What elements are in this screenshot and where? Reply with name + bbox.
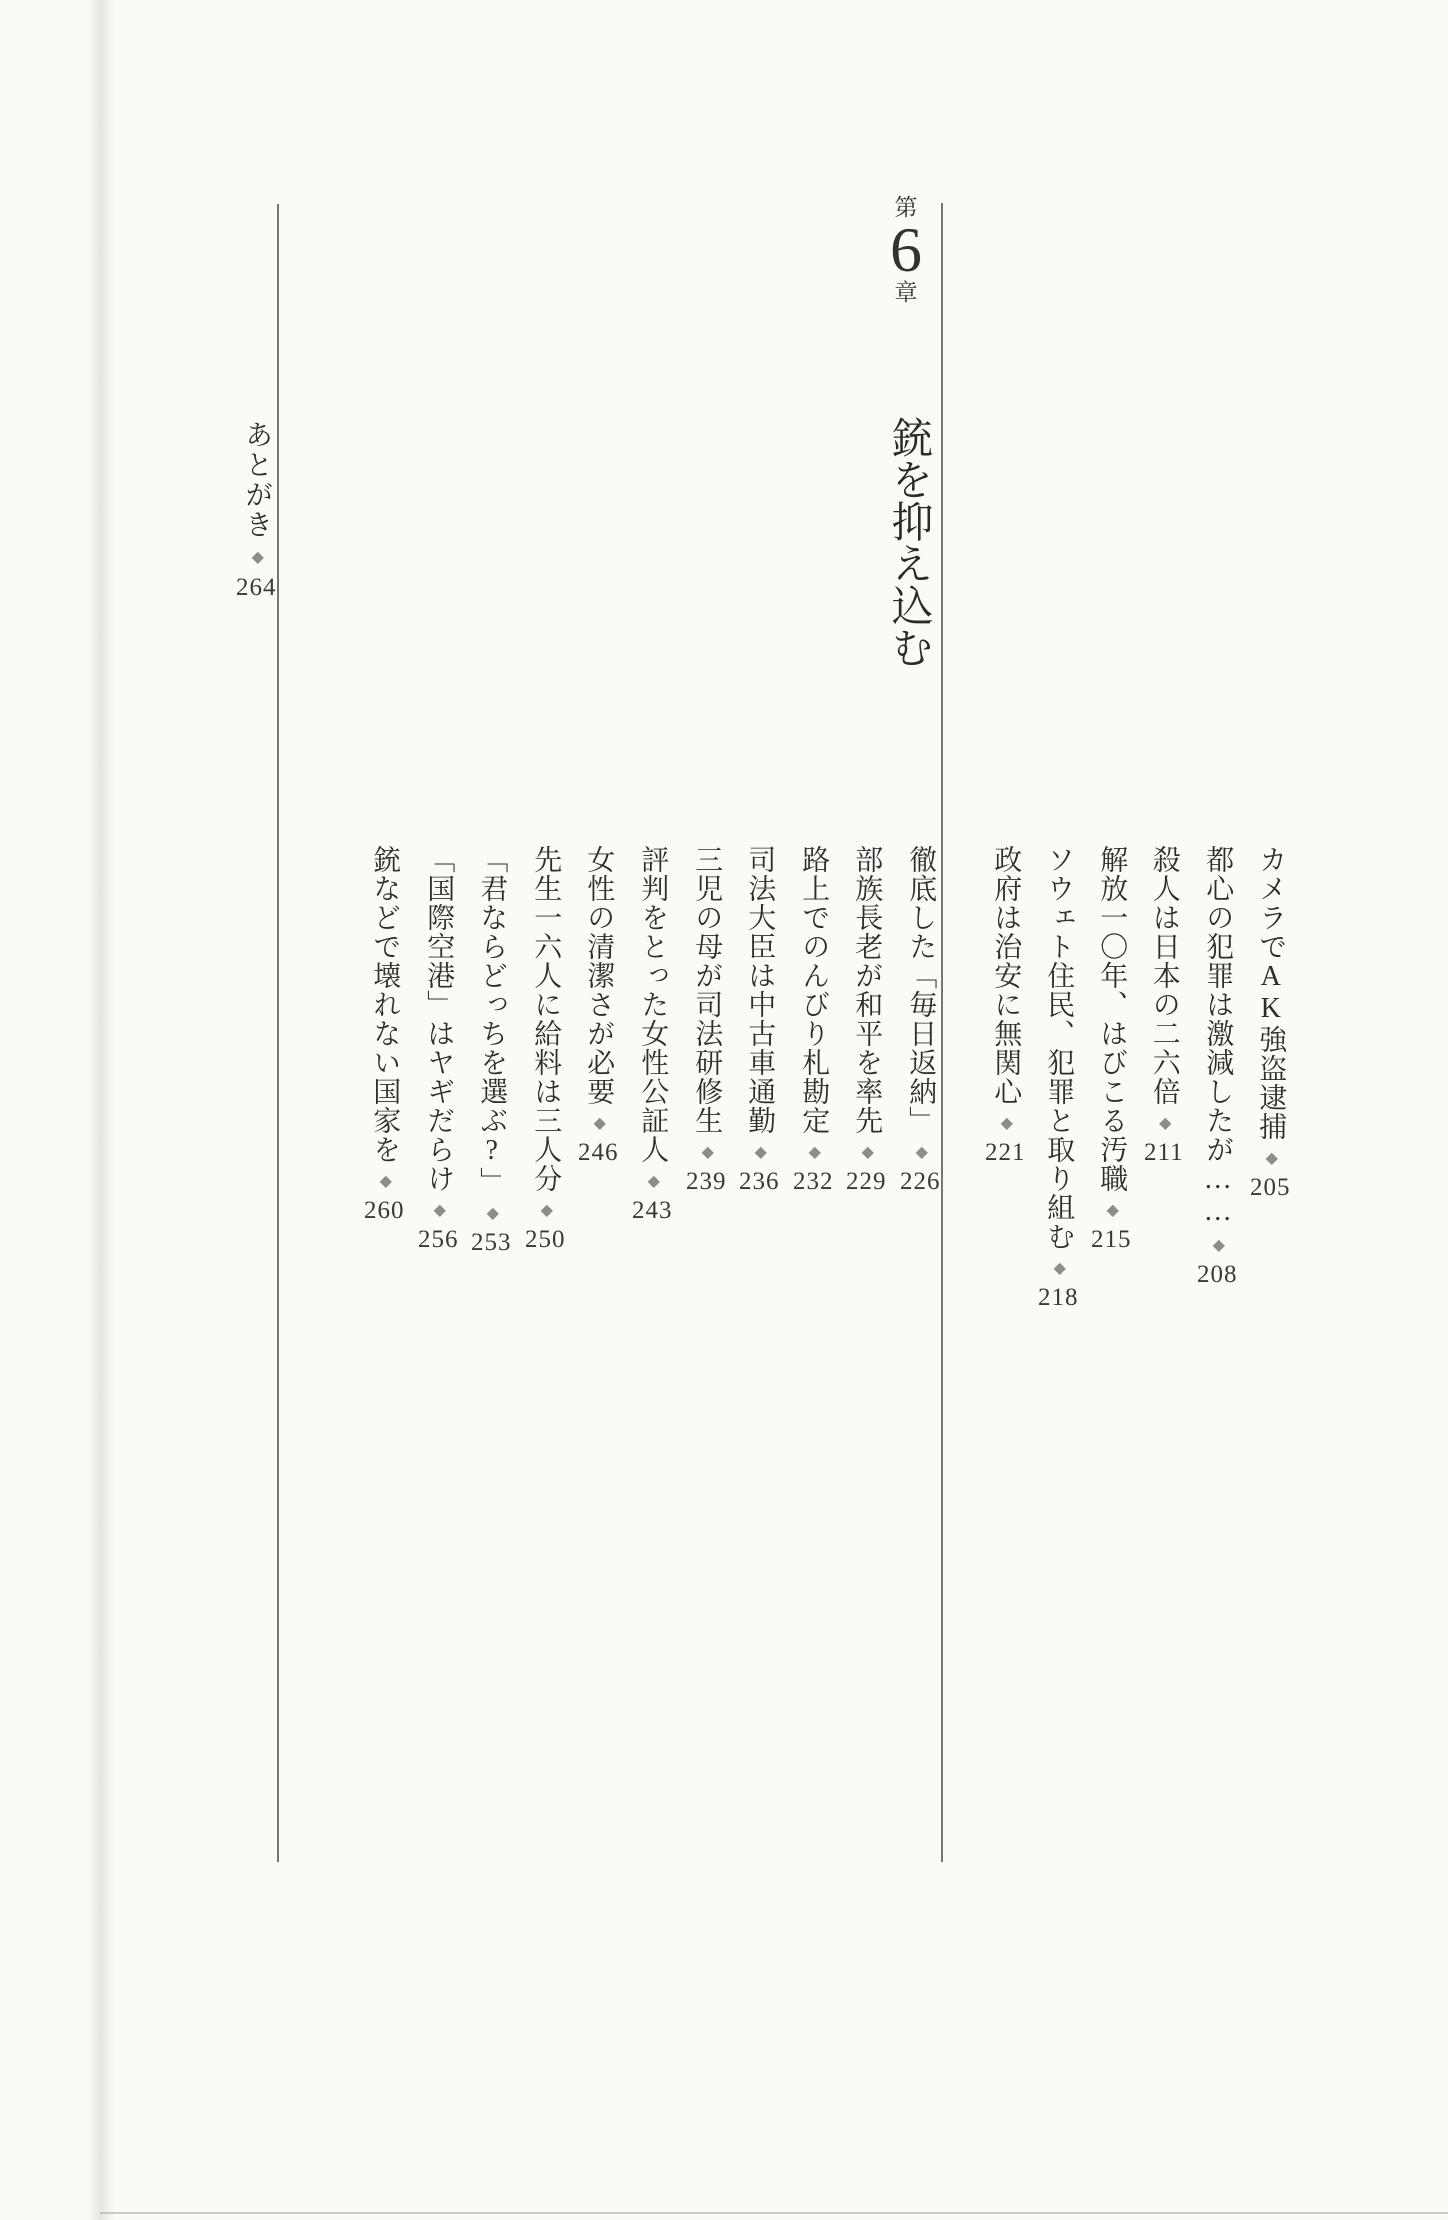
toc-entry-page: 250 (525, 1225, 566, 1255)
afterword-entry: あとがき◆264 (236, 420, 277, 603)
diamond-marker: ◆ (997, 1113, 1014, 1133)
diamond-marker: ◆ (376, 1171, 393, 1191)
toc-entry-title: 三児の母が司法研修生 (691, 845, 722, 1135)
diamond-marker: ◆ (912, 1142, 929, 1162)
toc-entry-page: 218 (1038, 1283, 1079, 1313)
toc-entry-title: 徹底した「毎日返納」 (905, 845, 936, 1135)
diamond-marker: ◆ (537, 1200, 554, 1220)
toc-entry: 路上でのんびり札勘定◆232 (793, 845, 834, 1197)
diamond-marker: ◆ (430, 1200, 447, 1220)
toc-entry: 徹底した「毎日返納」◆226 (900, 845, 941, 1197)
toc-entry: 三児の母が司法研修生◆239 (686, 845, 727, 1197)
toc-entry: 政府は治安に無関心◆221 (985, 845, 1026, 1168)
toc-entry-title: 先生一六人に給料は三人分 (530, 845, 561, 1193)
diamond-marker: ◆ (1103, 1200, 1120, 1220)
toc-entry: 先生一六人に給料は三人分◆250 (525, 845, 566, 1255)
scan-left-edge (88, 0, 114, 2220)
toc-entry-page: 256 (418, 1225, 459, 1255)
toc-entry-page: 211 (1144, 1138, 1184, 1168)
afterword-page: 264 (236, 573, 277, 603)
chapter-title: 銃を抑え込む (883, 416, 933, 668)
toc-entry-title: カメラでAK強盗逮捕 (1255, 845, 1286, 1141)
toc-entry-title: 解放一〇年、はびこる汚職 (1096, 845, 1127, 1193)
toc-entry-title: 路上でのんびり札勘定 (798, 845, 829, 1135)
diamond-marker: ◆ (483, 1203, 500, 1223)
toc-entry-title: 部族長老が和平を率先 (851, 845, 882, 1135)
toc-entry: 銃などで壊れない国家を◆260 (364, 845, 405, 1226)
scan-bottom-edge (100, 2212, 1448, 2214)
toc-entry-title: 評判をとった女性公証人 (637, 845, 668, 1164)
toc-entry-title: 「国際空港」はヤギだらけ (423, 845, 454, 1193)
afterword-title: あとがき (241, 420, 272, 540)
toc-entry-page: 260 (364, 1196, 405, 1226)
toc-entry-title: 女性の清潔さが必要 (583, 845, 614, 1106)
vertical-rule-left (277, 204, 279, 1862)
diamond-marker: ◆ (590, 1113, 607, 1133)
toc-entry-title: ソウェト住民、犯罪と取り組む (1043, 845, 1074, 1251)
toc-entry-page: 246 (578, 1138, 619, 1168)
toc-entry: 都心の犯罪は激減したが……◆208 (1197, 845, 1238, 1290)
diamond-marker: ◆ (1209, 1235, 1226, 1255)
toc-entry: ソウェト住民、犯罪と取り組む◆218 (1038, 845, 1079, 1313)
toc-entry: 評判をとった女性公証人◆243 (632, 845, 673, 1226)
vertical-rule-right (941, 203, 943, 1862)
toc-entry-page: 232 (793, 1167, 834, 1197)
toc-entry-page: 236 (739, 1167, 780, 1197)
toc-entry-page: 208 (1197, 1260, 1238, 1290)
toc-entry: 「国際空港」はヤギだらけ◆256 (418, 845, 459, 1255)
toc-entry-title: 司法大臣は中古車通勤 (744, 845, 775, 1135)
toc-entry: 司法大臣は中古車通勤◆236 (739, 845, 780, 1197)
toc-entry: 「君ならどっちを選ぶ?」◆253 (471, 845, 512, 1258)
diamond-marker: ◆ (248, 547, 265, 568)
chapter-heading: 第 6 章 (872, 196, 940, 304)
toc-entry-page: 215 (1091, 1225, 1132, 1255)
toc-entry-page: 229 (846, 1167, 887, 1197)
diamond-marker: ◆ (751, 1142, 768, 1162)
diamond-marker: ◆ (698, 1142, 715, 1162)
diamond-marker: ◆ (644, 1171, 661, 1191)
chapter-suffix: 章 (895, 281, 918, 304)
toc-entry-page: 239 (686, 1167, 727, 1197)
toc-entry-title: 殺人は日本の二六倍 (1149, 845, 1180, 1106)
toc-entry-page: 221 (985, 1138, 1026, 1168)
diamond-marker: ◆ (805, 1142, 822, 1162)
toc-entry-page: 253 (471, 1228, 512, 1258)
toc-entry: カメラでAK強盗逮捕◆205 (1250, 845, 1291, 1203)
book-page: 第 6 章 銃を抑え込む カメラでAK強盗逮捕◆205 都心の犯罪は激減したが…… (0, 0, 1448, 2220)
toc-entry: 女性の清潔さが必要◆246 (578, 845, 619, 1168)
toc-entry: 部族長老が和平を率先◆229 (846, 845, 887, 1197)
toc-entry-title: 政府は治安に無関心 (990, 845, 1021, 1106)
diamond-marker: ◆ (1050, 1258, 1067, 1278)
toc-entry-title: 「君ならどっちを選ぶ?」 (476, 845, 507, 1196)
diamond-marker: ◆ (1156, 1113, 1173, 1133)
toc-entry: 解放一〇年、はびこる汚職◆215 (1091, 845, 1132, 1255)
toc-entry-title: 銃などで壊れない国家を (369, 845, 400, 1164)
toc-entry-page: 243 (632, 1196, 673, 1226)
chapter-number: 6 (890, 221, 922, 280)
toc-entry-page: 205 (1250, 1173, 1291, 1203)
diamond-marker: ◆ (858, 1142, 875, 1162)
toc-entry: 殺人は日本の二六倍◆211 (1144, 845, 1184, 1168)
diamond-marker: ◆ (1262, 1148, 1279, 1168)
toc-entry-page: 226 (900, 1167, 941, 1197)
toc-entry-title: 都心の犯罪は激減したが…… (1202, 845, 1233, 1228)
